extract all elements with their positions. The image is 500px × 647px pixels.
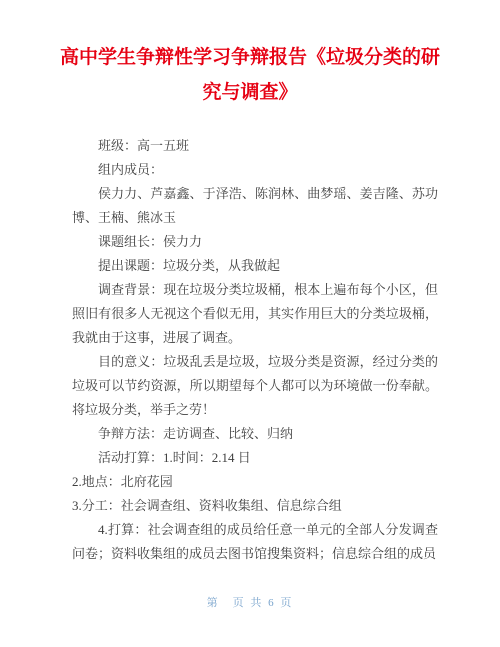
paragraph: 组内成员： [72, 158, 438, 182]
paragraph: 活动打算：1.时间：2.14 日 [72, 446, 438, 470]
paragraph: 课题组长：侯力力 [72, 230, 438, 254]
document-page: 高中学生争辩性学习争辩报告《垃圾分类的研究与调查》 班级：高一五班组内成员：侯力… [0, 0, 500, 647]
paragraph: 提出课题：垃圾分类，从我做起 [72, 254, 438, 278]
title-line: 究与调查》 [40, 75, 460, 110]
paragraph: 目的意义：垃圾乱丢是垃圾，垃圾分类是资源，经过分类的垃圾可以节约资源，所以期望每… [72, 350, 438, 422]
document-body: 班级：高一五班组内成员：侯力力、芦嘉鑫、于泽浩、陈润林、曲梦瑶、姜吉隆、苏功博、… [72, 134, 438, 566]
title-line: 高中学生争辩性学习争辩报告《垃圾分类的研 [40, 40, 460, 75]
paragraph: 4.打算：社会调查组的成员给任意一单元的全部人分发调查问卷；资料收集组的成员去图… [72, 518, 438, 566]
paragraph: 3.分工：社会调查组、资料收集组、信息综合组 [72, 494, 438, 518]
paragraph: 争辩方法：走访调查、比较、归纳 [72, 422, 438, 446]
paragraph: 班级：高一五班 [72, 134, 438, 158]
page-number-footer: 第 页 共 6 页 [0, 594, 500, 610]
document-title: 高中学生争辩性学习争辩报告《垃圾分类的研究与调查》 [40, 40, 460, 110]
paragraph: 调查背景：现在垃圾分类垃圾桶，根本上遍布每个小区，但照旧有很多人无视这个看似无用… [72, 278, 438, 350]
paragraph: 2.地点：北府花园 [72, 470, 438, 494]
paragraph: 侯力力、芦嘉鑫、于泽浩、陈润林、曲梦瑶、姜吉隆、苏功博、王楠、熊冰玉 [72, 182, 438, 230]
